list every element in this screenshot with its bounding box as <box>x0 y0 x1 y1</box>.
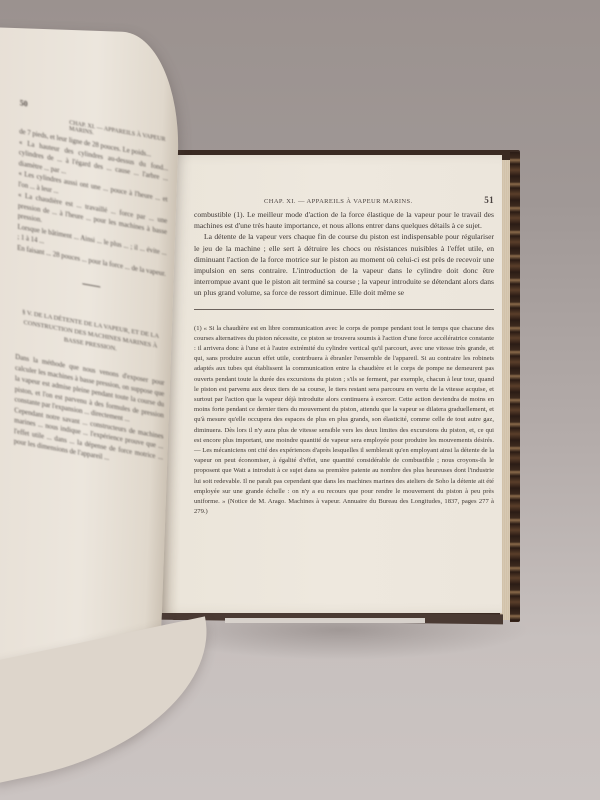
running-head-title: Chap. XI. — Appareils à vapeur marins. <box>264 198 413 205</box>
bottom-page-strip <box>225 618 425 623</box>
paragraph: combustible (1). Le meilleur mode d'acti… <box>194 209 494 231</box>
section-dash <box>82 283 100 287</box>
paragraph: La détente de la vapeur vers chaque fin … <box>194 231 494 298</box>
footnote-divider <box>194 309 494 310</box>
book-photo: Chap. XI. — Appareils à vapeur marins. 5… <box>0 0 600 800</box>
marbled-board-edge <box>510 152 520 622</box>
running-head: Chap. XI. — Appareils à vapeur marins. 5… <box>194 195 494 205</box>
footnote: (1) « Si la chaudière est en libre commu… <box>194 324 494 518</box>
right-page: Chap. XI. — Appareils à vapeur marins. 5… <box>160 155 502 613</box>
body-text: combustible (1). Le meilleur mode d'acti… <box>194 209 494 299</box>
footnote-text: (1) « Si la chaudière est en libre commu… <box>194 324 494 518</box>
section-heading: § V. De la détente de la vapeur, et de l… <box>16 307 166 363</box>
page-number: 51 <box>484 195 494 205</box>
